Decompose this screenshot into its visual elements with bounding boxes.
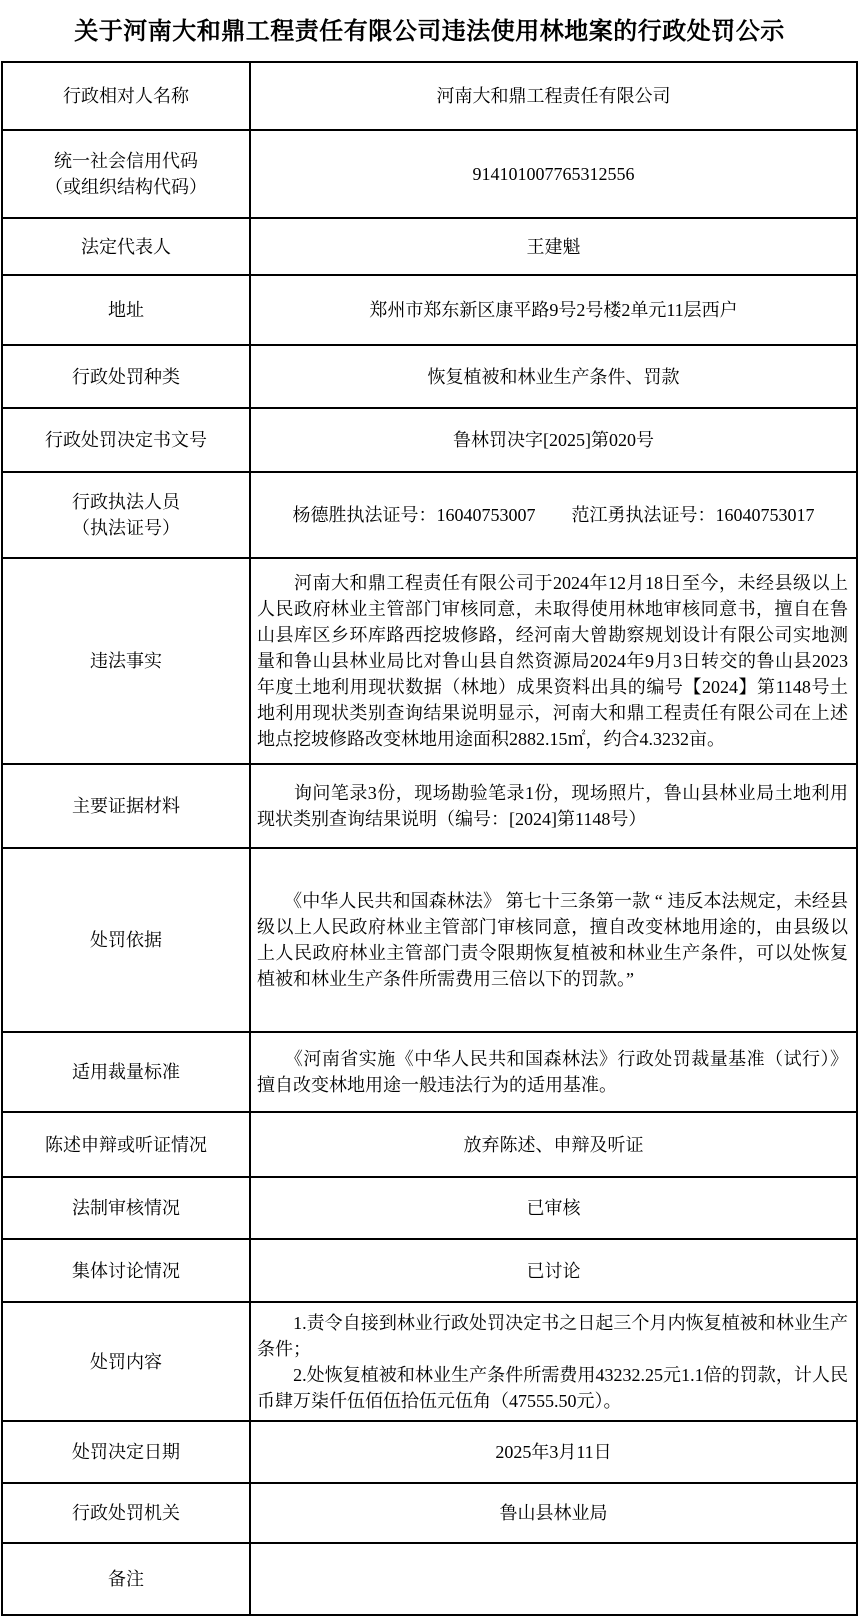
row-label-legal-review: 法制审核情况 [3, 1178, 251, 1238]
table-row-discretion-standard: 适用裁量标准 《河南省实施《中华人民共和国森林法》行政处罚裁量基准（试行）》擅自… [3, 1033, 856, 1113]
table-row-statement-hearing: 陈述申辩或听证情况 放弃陈述、申辩及听证 [3, 1113, 856, 1178]
row-label-penalty-basis: 处罚依据 [3, 849, 251, 1031]
table-row-legal-representative: 法定代表人 王建魁 [3, 219, 856, 276]
row-label-statement-hearing: 陈述申辩或听证情况 [3, 1113, 251, 1176]
table-row-decision-date: 处罚决定日期 2025年3月11日 [3, 1422, 856, 1484]
row-label-evidence-materials: 主要证据材料 [3, 765, 251, 847]
row-label-penalty-type: 行政处罚种类 [3, 346, 251, 407]
row-label-penalty-authority: 行政处罚机关 [3, 1484, 251, 1542]
row-value-penalty-type: 恢复植被和林业生产条件、罚款 [251, 346, 856, 407]
row-value-statement-hearing: 放弃陈述、申辩及听证 [251, 1113, 856, 1176]
penalty-notice-document: 关于河南大和鼎工程责任有限公司违法使用林地案的行政处罚公示 行政相对人名称 河南… [0, 0, 859, 1616]
row-value-evidence-materials: 询问笔录3份，现场勘验笔录1份，现场照片，鲁山县林业局土地利用现状类别查询结果说… [251, 765, 856, 847]
table-row-remarks: 备注 [3, 1544, 856, 1614]
table-row-penalty-content: 处罚内容 1.责令自接到林业行政处罚决定书之日起三个月内恢复植被和林业生产条件；… [3, 1303, 856, 1422]
table-row-evidence-materials: 主要证据材料 询问笔录3份，现场勘验笔录1份，现场照片，鲁山县林业局土地利用现状… [3, 765, 856, 849]
row-value-decision-number: 鲁林罚决字[2025]第020号 [251, 409, 856, 471]
row-value-legal-representative: 王建魁 [251, 219, 856, 274]
penalty-table: 行政相对人名称 河南大和鼎工程责任有限公司 统一社会信用代码 （或组织结构代码）… [1, 61, 858, 1616]
row-value-address: 郑州市郑东新区康平路9号2号楼2单元11层西户 [251, 276, 856, 344]
row-label-penalty-content: 处罚内容 [3, 1303, 251, 1420]
row-value-illegal-facts: 河南大和鼎工程责任有限公司于2024年12月18日至今，未经县级以上人民政府林业… [251, 559, 856, 763]
row-value-remarks [251, 1544, 856, 1614]
row-label-address: 地址 [3, 276, 251, 344]
row-label-enforcement-officers: 行政执法人员 （执法证号） [3, 473, 251, 557]
row-value-enforcement-officers: 杨德胜执法证号：16040753007 范江勇执法证号：16040753017 [251, 473, 856, 557]
row-label-decision-date: 处罚决定日期 [3, 1422, 251, 1482]
row-value-party-name: 河南大和鼎工程责任有限公司 [251, 63, 856, 129]
row-label-credit-code: 统一社会信用代码 （或组织结构代码） [3, 131, 251, 217]
row-value-penalty-authority: 鲁山县林业局 [251, 1484, 856, 1542]
table-row-illegal-facts: 违法事实 河南大和鼎工程责任有限公司于2024年12月18日至今，未经县级以上人… [3, 559, 856, 765]
table-row-collective-discussion: 集体讨论情况 已讨论 [3, 1240, 856, 1303]
page-title: 关于河南大和鼎工程责任有限公司违法使用林地案的行政处罚公示 [0, 0, 859, 61]
table-row-credit-code: 统一社会信用代码 （或组织结构代码） 914101007765312556 [3, 131, 856, 219]
table-row-address: 地址 郑州市郑东新区康平路9号2号楼2单元11层西户 [3, 276, 856, 346]
row-label-illegal-facts: 违法事实 [3, 559, 251, 763]
row-label-legal-representative: 法定代表人 [3, 219, 251, 274]
table-row-penalty-authority: 行政处罚机关 鲁山县林业局 [3, 1484, 856, 1544]
table-row-penalty-type: 行政处罚种类 恢复植被和林业生产条件、罚款 [3, 346, 856, 409]
row-value-legal-review: 已审核 [251, 1178, 856, 1238]
row-value-collective-discussion: 已讨论 [251, 1240, 856, 1301]
table-row-decision-number: 行政处罚决定书文号 鲁林罚决字[2025]第020号 [3, 409, 856, 473]
row-value-penalty-content: 1.责令自接到林业行政处罚决定书之日起三个月内恢复植被和林业生产条件； 2.处恢… [251, 1303, 856, 1420]
row-value-penalty-basis: 《中华人民共和国森林法》 第七十三条第一款 “ 违反本法规定，未经县级以上人民政… [251, 849, 856, 1031]
row-value-discretion-standard: 《河南省实施《中华人民共和国森林法》行政处罚裁量基准（试行）》擅自改变林地用途一… [251, 1033, 856, 1111]
table-row-party-name: 行政相对人名称 河南大和鼎工程责任有限公司 [3, 63, 856, 131]
row-value-credit-code: 914101007765312556 [251, 131, 856, 217]
row-label-decision-number: 行政处罚决定书文号 [3, 409, 251, 471]
table-row-legal-review: 法制审核情况 已审核 [3, 1178, 856, 1240]
table-row-penalty-basis: 处罚依据 《中华人民共和国森林法》 第七十三条第一款 “ 违反本法规定，未经县级… [3, 849, 856, 1033]
row-label-remarks: 备注 [3, 1544, 251, 1614]
row-label-collective-discussion: 集体讨论情况 [3, 1240, 251, 1301]
row-label-party-name: 行政相对人名称 [3, 63, 251, 129]
row-label-discretion-standard: 适用裁量标准 [3, 1033, 251, 1111]
table-row-enforcement-officers: 行政执法人员 （执法证号） 杨德胜执法证号：16040753007 范江勇执法证… [3, 473, 856, 559]
row-value-decision-date: 2025年3月11日 [251, 1422, 856, 1482]
